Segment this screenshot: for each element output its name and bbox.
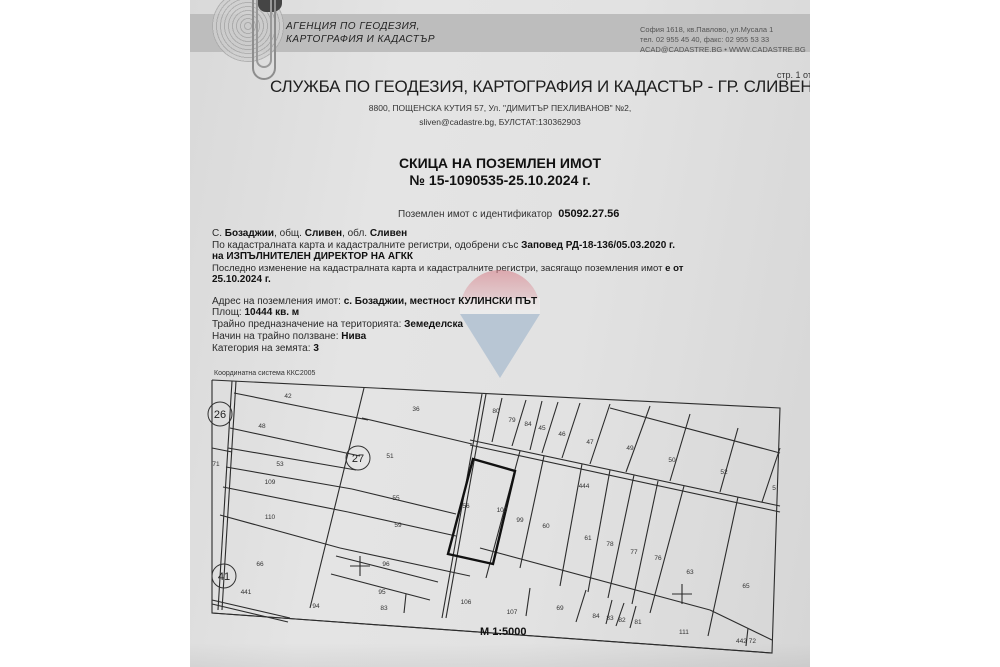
document-photo: Агенция по геодезия, картография и кадас… (190, 0, 810, 667)
parcel-label: 80 (492, 408, 500, 415)
parcel-label: 107 (507, 609, 518, 616)
approval-line: По кадастралната карта и кадастралните р… (212, 240, 675, 251)
paperclip-inner (256, 0, 272, 68)
parcel-label: 61 (584, 535, 592, 542)
last-change-date: 25.10.2024 г. (212, 274, 271, 285)
svg-text:41: 41 (218, 571, 230, 583)
parcel-label: 66 (256, 561, 264, 568)
parcel-label: 59 (394, 522, 402, 529)
agency-line-2: картография и кадастър (286, 33, 435, 46)
approval-by: на ИЗПЪЛНИТЕЛЕН ДИРЕКТОР НА АГКК (212, 251, 413, 262)
agency-name: Агенция по геодезия, картография и кадас… (286, 20, 435, 46)
parcel-label: 50 (668, 457, 676, 464)
address-label: Адрес на поземления имот: (212, 296, 341, 307)
last-change-text: Последно изменение на кадастралната карт… (212, 263, 663, 274)
last-change-date-line: 25.10.2024 г. (212, 274, 271, 285)
area-label: Площ: (212, 307, 242, 318)
parcel-label: 79 (508, 417, 516, 424)
category-line: Категория на земята: 3 (212, 343, 319, 354)
parcel-label: 444 (579, 483, 590, 490)
region-label: , обл. (342, 228, 367, 239)
last-change-suffix: е от (665, 263, 683, 274)
purpose-label: Трайно предназначение на територията: (212, 319, 401, 330)
purpose-value: Земеделска (404, 319, 463, 330)
parcel-label: 81 (634, 619, 642, 626)
parcel-label: 84 (524, 421, 532, 428)
approval-order: Заповед РД-18-136/05.03.2020 г. (521, 240, 675, 251)
municipality-label: , общ. (274, 228, 302, 239)
parcel-label: 84 (592, 613, 600, 620)
contact-web: ACAD@CADASTRE.BG • WWW.CADASTRE.BG (640, 45, 810, 55)
region: Сливен (370, 228, 407, 239)
parcel-label: 65 (742, 583, 750, 590)
usage-value: Нива (341, 331, 366, 342)
parcel-label: 53 (276, 461, 284, 468)
remax-balloon-icon (460, 270, 540, 380)
parcel-label: 55 (392, 495, 400, 502)
address-value: с. Бозаджии, местност КУЛИНСКИ ПЪТ (344, 296, 537, 307)
approval-by-line: на ИЗПЪЛНИТЕЛЕН ДИРЕКТОР НА АГКК (212, 251, 413, 262)
village: Бозаджии (225, 228, 274, 239)
parcel-label: 94 (312, 603, 320, 610)
parcel-label: 63 (686, 569, 694, 576)
parcel-label: 96 (382, 561, 390, 568)
document-number: № 15-1090535-25.10.2024 г. (190, 172, 810, 188)
parcel-label: 82 (618, 617, 626, 624)
municipality: Сливен (305, 228, 342, 239)
purpose-line: Трайно предназначение на територията: Зе… (212, 319, 463, 330)
parcel-label: 83 (606, 615, 614, 622)
parcel-label: 71 (212, 461, 220, 468)
agency-contact: София 1618, кв.Павлово, ул.Мусала 1 тел.… (640, 25, 810, 55)
parcel-label: 441 (241, 589, 252, 596)
parcel-label: 100 (497, 507, 508, 514)
coordinate-system: Координатна система ККС2005 (214, 370, 315, 377)
parcel-label: 48 (258, 423, 266, 430)
cadastral-map: 26 27 41 4236807984454647495052548517153… (190, 378, 810, 667)
office-email: sliven@cadastre.bg, БУЛСТАТ:130362903 (190, 117, 810, 127)
parcel-label: 42 (284, 393, 292, 400)
address-line: Адрес на поземления имот: с. Бозаджии, м… (212, 296, 537, 307)
svg-text:26: 26 (214, 409, 226, 421)
approval-text: По кадастралната карта и кадастралните р… (212, 240, 518, 251)
parcel-label: 95 (378, 589, 386, 596)
parcel-label: 51 (386, 453, 394, 460)
parcel-label: 109 (265, 479, 276, 486)
parcel-label: 5 (772, 485, 776, 492)
parcel-label: 76 (654, 555, 662, 562)
parcel-label: 56 (462, 503, 470, 510)
area-value: 10444 кв. м (244, 307, 299, 318)
parcel-label: 69 (556, 605, 564, 612)
usage-label: Начин на трайно ползване: (212, 331, 338, 342)
page-shadow (190, 643, 810, 667)
parcel-label: 78 (606, 541, 614, 548)
parcel-label: 52 (720, 469, 728, 476)
identifier-value: 05092.27.56 (558, 208, 619, 220)
office-name: СЛУЖБА ПО ГЕОДЕЗИЯ, КАРТОГРАФИЯ И КАДАСТ… (270, 77, 810, 97)
parcel-label: 110 (265, 514, 276, 521)
contact-address: София 1618, кв.Павлово, ул.Мусала 1 (640, 25, 810, 35)
parcel-label: 45 (538, 425, 546, 432)
parcel-label: 77 (630, 549, 638, 556)
parcel-label: 99 (516, 517, 524, 524)
category-label: Категория на земята: (212, 343, 311, 354)
usage-line: Начин на трайно ползване: Нива (212, 331, 366, 342)
loc-prefix: С. (212, 228, 222, 239)
identifier-label: Поземлен имот с идентификатор (398, 209, 552, 220)
parcel-label: 49 (626, 445, 634, 452)
area-line: Площ: 10444 кв. м (212, 307, 299, 318)
parcel-label: 47 (586, 439, 594, 446)
agency-line-1: Агенция по геодезия, (286, 20, 435, 33)
last-change-line: Последно изменение на кадастралната карт… (212, 263, 684, 274)
parcel-label: 60 (542, 523, 550, 530)
location-line: С. Бозаджии, общ. Сливен, обл. Сливен (212, 228, 407, 239)
category-value: 3 (313, 343, 319, 354)
parcel-label: 106 (461, 599, 472, 606)
map-scale: М 1:5000 (480, 626, 526, 638)
office-address: 8800, ПОЩЕНСКА КУТИЯ 57, Ул. "ДИМИТЪР ПЕ… (190, 103, 810, 113)
svg-text:27: 27 (352, 453, 364, 465)
contact-phone: тел. 02 955 45 40, факс: 02 955 53 33 (640, 35, 810, 45)
parcel-label: 46 (558, 431, 566, 438)
parcel-label: 83 (380, 605, 388, 612)
parcel-label: 36 (412, 406, 420, 413)
document-title: СКИЦА НА ПОЗЕМЛЕН ИМОТ (190, 155, 810, 171)
identifier-row: Поземлен имот с идентификатор05092.27.56 (398, 208, 619, 220)
parcel-label: 111 (679, 629, 689, 636)
